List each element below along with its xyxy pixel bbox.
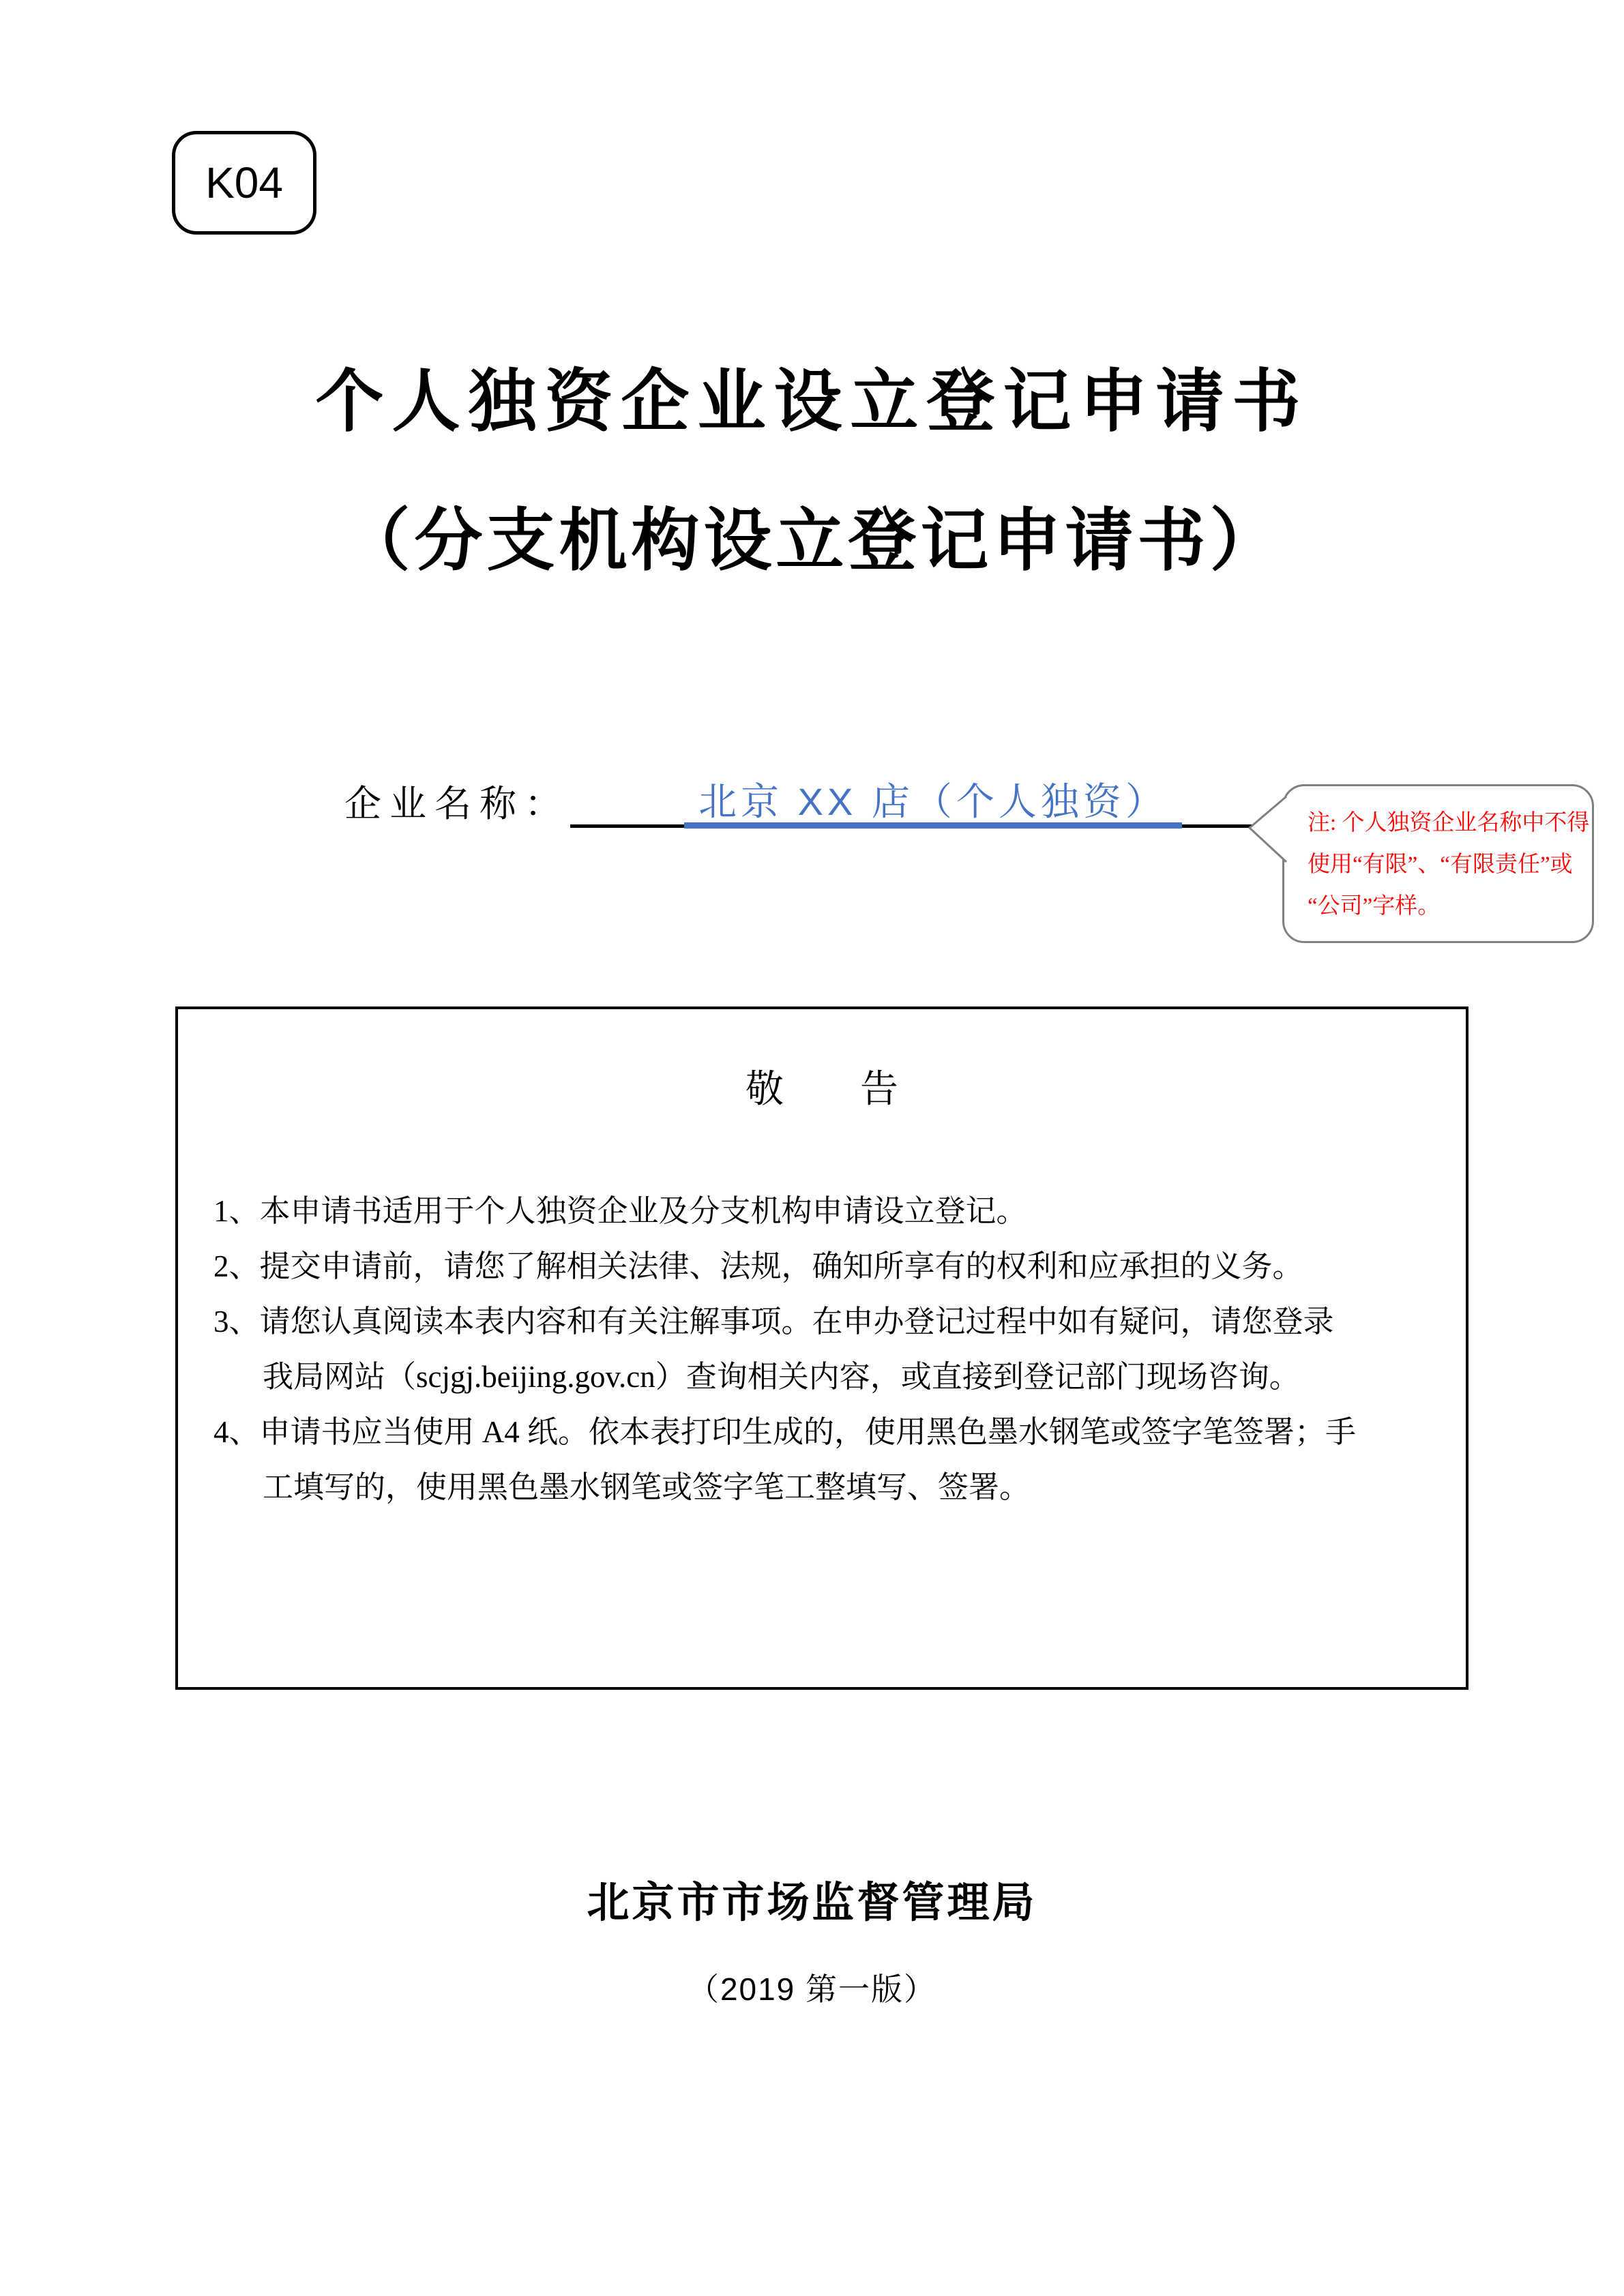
enterprise-name-value: 北京 XX 店（个人独资） — [684, 780, 1182, 824]
form-code-badge: K04 — [172, 131, 316, 235]
name-underline-right — [1182, 824, 1256, 828]
name-underline-left — [570, 824, 684, 828]
name-note-line2: 使用“有限”、“有限责任”或 — [1308, 844, 1576, 886]
name-underline-filled — [684, 822, 1182, 829]
document-title-line2: （分支机构设立登记申请书） — [0, 503, 1624, 578]
notice-item-2: 2、提交申请前，请您了解相关法律、法规，确知所享有的权利和应承担的义务。 — [213, 1239, 1428, 1294]
issuing-agency: 北京市市场监督管理局 — [0, 1879, 1624, 1927]
name-note-callout: 注: 个人独资企业名称中不得 使用“有限”、“有限责任”或 “公司”字样。 — [1282, 784, 1594, 943]
notice-box: 敬 告 1、本申请书适用于个人独资企业及分支机构申请设立登记。 2、提交申请前，… — [175, 1007, 1468, 1690]
notice-item-3: 3、请您认真阅读本表内容和有关注解事项。在申办登记过程中如有疑问，请您登录 我局… — [213, 1294, 1428, 1405]
notice-heading: 敬 告 — [178, 1069, 1466, 1110]
form-code-text: K04 — [205, 158, 283, 208]
notice-list: 1、本申请书适用于个人独资企业及分支机构申请设立登记。 2、提交申请前，请您了解… — [178, 1184, 1466, 1515]
notice-item-1: 1、本申请书适用于个人独资企业及分支机构申请设立登记。 — [213, 1184, 1428, 1239]
callout-tail-pointer-icon — [1247, 795, 1288, 863]
notice-item-4: 4、申请书应当使用 A4 纸。依本表打印生成的，使用黑色墨水钢笔或签字笔签署；手… — [213, 1405, 1428, 1515]
form-version: （2019 第一版） — [0, 1971, 1624, 2008]
document-title-line1: 个人独资企业设立登记申请书 — [0, 364, 1624, 439]
enterprise-name-label: 企业名称： — [344, 783, 570, 825]
name-note-line3: “公司”字样。 — [1308, 886, 1576, 927]
name-note-text: 注: 个人独资企业名称中不得 使用“有限”、“有限责任”或 “公司”字样。 — [1284, 786, 1592, 927]
application-form-page: K04 个人独资企业设立登记申请书 （分支机构设立登记申请书） 企业名称： 北京… — [0, 0, 1624, 2296]
name-note-line1: 注: 个人独资企业名称中不得 — [1308, 803, 1576, 844]
